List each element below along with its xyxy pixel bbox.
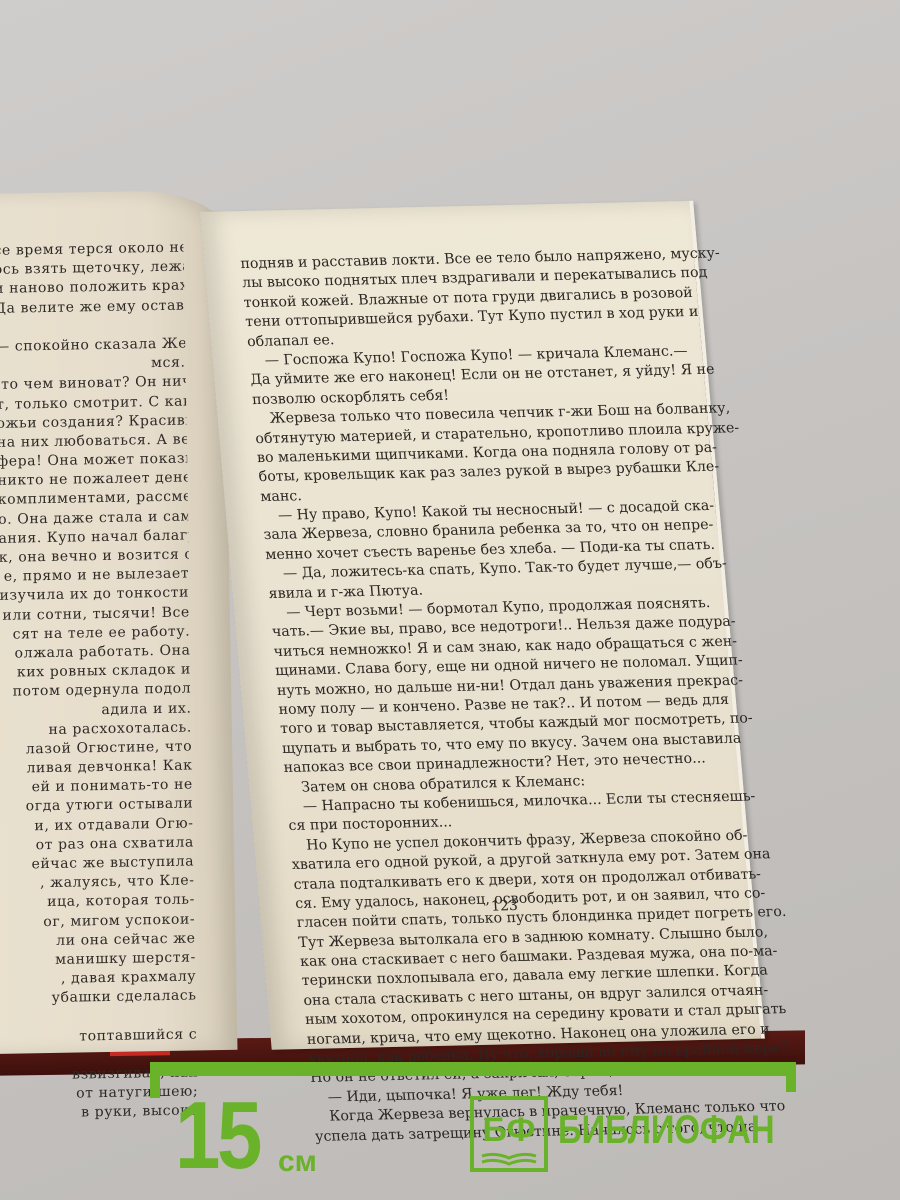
open-book-icon xyxy=(480,1152,538,1166)
ruler-bar xyxy=(150,1062,796,1076)
right-page-text: подняв и расставив локти. Все ее тело бы… xyxy=(240,246,736,1147)
text-line: потом одернула подол xyxy=(1,680,191,703)
logo-letters: БФ xyxy=(482,1111,535,1149)
text-line: -то чем виноват? Он ничего xyxy=(0,373,186,396)
size-label: 15 xyxy=(175,1088,259,1184)
right-page: подняв и расставив локти. Все ее тело бы… xyxy=(200,201,765,1050)
text-line: Да велите же ему оставить xyxy=(0,296,185,319)
text-line: в руки, высоко xyxy=(8,1102,198,1125)
size-unit: см xyxy=(278,1145,317,1179)
brand-name: БИБЛИОФАН xyxy=(558,1108,775,1153)
ruler-tick-left xyxy=(150,1062,160,1098)
ruler-tick-right xyxy=(786,1062,796,1092)
text-line: топтавшийся с xyxy=(7,1025,197,1048)
bibliofan-logo: БФ xyxy=(470,1096,548,1172)
left-page: се время терся около нее, онаось взять щ… xyxy=(0,190,237,1054)
left-page-text: се время терся около нее, онаось взять щ… xyxy=(0,239,199,1125)
photo-scene: се время терся около нее, онаось взять щ… xyxy=(0,0,900,1200)
text-line: убашки сделалась xyxy=(6,987,196,1010)
